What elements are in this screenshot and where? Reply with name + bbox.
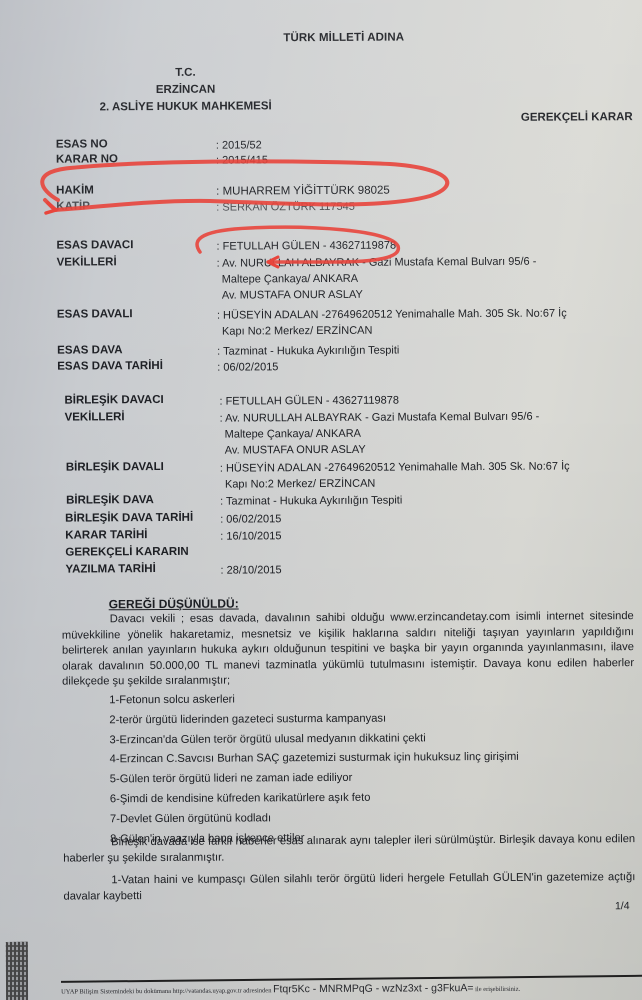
list-item: 7-Devlet Gülen örgütünü kodladı [110,808,519,830]
value-line: Kapı No:2 Merkez/ ERZİNCAN [217,321,637,340]
value-line: : HÜSEYİN ADALAN -27649620512 Yenimahall… [220,460,570,474]
field-label: KATİP [56,200,90,212]
field-value: : FETULLAH GÜLEN - 43627119878 [216,236,636,255]
field-value: : Av. NURULLAH ALBAYRAK - Gazi Mustafa K… [220,408,640,459]
court-header: T.C. ERZİNCAN 2. ASLİYE HUKUK MAHKEMESİ [60,64,310,117]
page-number: 1/4 [615,900,630,912]
field-label: BİRLEŞİK DAVA [66,494,154,507]
field-value: : 28/10/2015 [220,560,640,579]
field-value: : Tazminat - Hukuka Aykırılığın Tespiti [220,491,640,510]
list-item: 6-Şimdi de kendisine küfreden karikatürl… [110,788,519,810]
field-label: BİRLEŞİK DAVACI [64,394,163,407]
field-value: : 16/10/2015 [220,526,640,545]
value-line: Kapı No:2 Merkez/ ERZİNCAN [220,474,640,493]
field-label: GEREKÇELİ KARARIN [65,546,188,559]
footer-text: UYAP Bilişim Sistemindeki bu dokümana ht… [61,987,271,995]
news-list: 1-Fetonun solcu askerleri 2-terör ürgütü… [109,689,519,850]
decision-type: GEREKÇELİ KARAR [521,111,633,124]
field-label: BİRLEŞİK DAVA TARİHİ [65,512,193,525]
field-value: : 2015/415 [216,150,636,169]
value-line: : Av. NURULLAH ALBAYRAK - Gazi Mustafa K… [217,256,537,270]
field-label: KARAR TARİHİ [65,529,147,542]
field-label: ESAS DAVALI [57,308,133,320]
field-label: BİRLEŞİK DAVALI [66,461,164,474]
qr-code-icon [6,942,28,1000]
field-label: ESAS DAVA TARİHİ [57,360,163,373]
list-item: 1-Fetonun solcu askerleri [109,689,518,711]
field-label: VEKİLLERİ [65,411,125,423]
list-item: 5-Gülen terör örgütü lideri ne zaman iad… [110,768,519,790]
court-name: 2. ASLİYE HUKUK MAHKEMESİ [61,98,311,117]
field-value: : SERKAN ÖZTÜRK 117545 [216,197,636,216]
field-value: : 06/02/2015 [220,509,640,528]
paragraph-merged-case: Birleşik davada ise farklı haberler esas… [63,832,635,867]
field-label: ESAS DAVACI [56,239,133,251]
field-value: : HÜSEYİN ADALAN -27649620512 Yenimahall… [217,305,637,340]
value-line: Av. MUSTAFA ONUR ASLAY [217,285,637,304]
paragraph-claim: Davacı vekili ; esas davada, davalının s… [62,609,634,690]
footer-access-note: UYAP Bilişim Sistemindeki bu dokümana ht… [61,981,642,997]
footer-text: ile erişebilirsiniz. [475,986,520,993]
field-value: : FETULLAH GÜLEN - 43627119878 [219,391,639,410]
list-item: 3-Erzincan'da Gülen terör örgütü ulusal … [109,728,518,750]
access-code: Ftqr5Kc - MNRMPqG - wzNz3xt - g3FkuA= [273,982,473,995]
section-title: GEREĞİ DÜŞÜNÜLDÜ: [109,597,239,612]
paragraph-merged-news: 1-Vatan haini ve kumpasçı Gülen silahlı … [63,870,635,905]
field-label: YAZILMA TARİHİ [65,563,155,576]
city-label: ERZİNCAN [60,81,310,100]
list-item: 2-terör ürgütü liderinden gazeteci sustu… [109,709,518,731]
field-value: : 06/02/2015 [217,357,637,376]
field-label: ESAS DAVA [57,344,122,356]
field-label: KARAR NO [56,153,118,165]
field-value: : HÜSEYİN ADALAN -27649620512 Yenimahall… [220,458,640,493]
field-label: HAKİM [56,184,94,196]
court-document-page: TÜRK MİLLETİ ADINA T.C. ERZİNCAN 2. ASLİ… [0,0,642,1000]
value-line: : Av. NURULLAH ALBAYRAK - Gazi Mustafa K… [220,411,540,425]
field-label: VEKİLLERİ [57,256,117,268]
value-line: Av. MUSTAFA ONUR ASLAY [220,440,640,459]
list-item: 4-Erzincan C.Savcısı Burhan SAÇ gazetemi… [110,748,519,770]
document-title: TÜRK MİLLETİ ADINA [0,30,642,46]
country-label: T.C. [60,64,310,83]
field-value: : Av. NURULLAH ALBAYRAK - Gazi Mustafa K… [217,253,637,304]
value-line: : HÜSEYİN ADALAN -27649620512 Yenimahall… [217,308,567,322]
field-label: ESAS NO [56,138,108,150]
